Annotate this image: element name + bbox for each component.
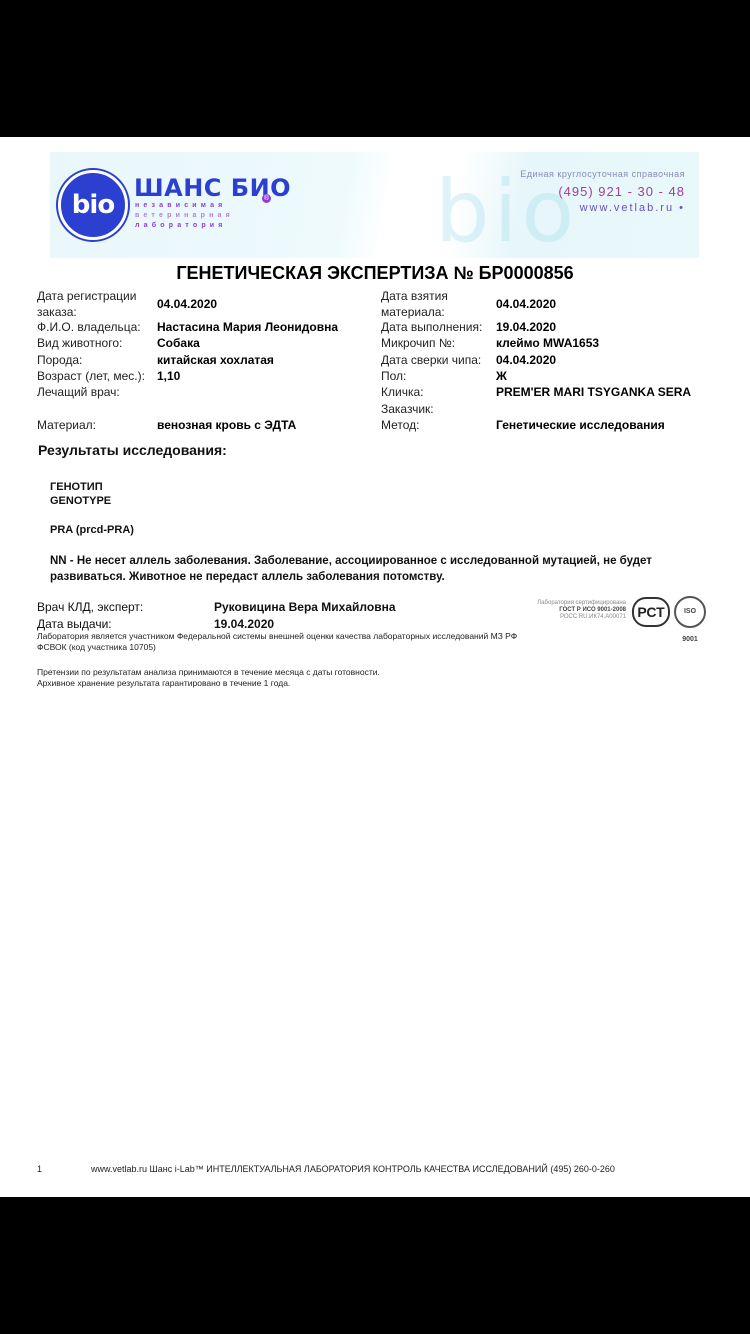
value-completion-date: 19.04.2020 [496,319,556,335]
issue-date-label: Дата выдачи: [37,617,112,631]
fsvok-note-line-2: ФСВОК (код участника 10705) [37,642,156,653]
logo-mark: bio [72,190,114,220]
website-text: www.vetlab.ru [580,202,674,214]
claims-note: Претензии по результатам анализа принима… [37,667,380,678]
certification-text: Лаборатория сертифицирована ГОСТ Р ИСО 9… [508,600,626,621]
expert-name: Руковицина Вера Михайловна [214,600,396,614]
label-vet: Лечащий врач: [37,384,120,400]
bio-logo-icon: bio [58,170,128,240]
value-registration-date: 04.04.2020 [157,296,217,312]
value-material: венозная кровь с ЭДТА [157,417,296,433]
archive-note: Архивное хранение результата гарантирова… [37,678,290,689]
label-breed: Порода: [37,352,82,368]
genotype-ru-label: ГЕНОТИП [50,481,103,493]
tagline-line-1: независимая [135,202,226,209]
value-sample-date: 04.04.2020 [496,296,556,312]
cert-line-1: Лаборатория сертифицирована [508,600,626,607]
label-owner: Ф.И.О. владельца: [37,319,141,335]
results-title: Результаты исследования: [38,442,227,458]
value-owner: Настасина Мария Леонидовна [157,319,338,335]
expert-label: Врач КЛД, эксперт: [37,600,143,614]
label-microchip: Микрочип №: [381,335,455,351]
footer-text: www.vetlab.ru Шанс i-Lab™ ИНТЕЛЛЕКТУАЛЬН… [91,1164,615,1174]
info-left: Дата регистрации заказа: 04.04.2020 Ф.И.… [37,288,367,438]
value-breed: китайская хохлатая [157,352,274,368]
cert-line-3: РОСС RU.ИК74.А00071 [508,614,626,621]
document-page: bio bio ШАНС БИО ® независимая ветеринар… [0,137,750,1197]
label-sex: Пол: [381,368,406,384]
value-microchip: клеймо MWA1653 [496,335,599,351]
rst-certification-icon: РСТ [632,597,670,627]
info-right: Дата взятия материала: 04.04.2020 Дата в… [381,288,721,438]
tagline-line-3: лаборатория [135,222,227,229]
value-name: PREM'ER MARI TSYGANKA SERA [496,384,691,400]
helpline-label: Единая круглосуточная справочная [520,169,685,179]
value-method: Генетические исследования [496,417,665,433]
result-conclusion: NN - Не несет аллель заболевания. Заболе… [50,553,710,585]
label-material: Материал: [37,417,96,433]
iso-certification-icon: ISO 9001 [674,596,706,628]
value-species: Собака [157,335,200,351]
cert-line-2: ГОСТ Р ИСО 9001-2008 [508,607,626,614]
label-name: Кличка: [381,384,423,400]
helpline-phone: (495) 921 - 30 - 48 [558,184,685,199]
label-completion-date: Дата выполнения: [381,319,482,335]
tagline-line-2: ветеринарная [135,212,234,219]
test-name: PRA (prcd-PRA) [50,524,134,536]
value-chip-check-date: 04.04.2020 [496,352,556,368]
label-sample-date: Дата взятия материала: [381,288,471,320]
genotype-en-label: GENOTYPE [50,495,111,507]
value-sex: Ж [496,368,507,384]
value-age: 1,10 [157,368,180,384]
fsvok-note-line-1: Лаборатория является участником Федераль… [37,631,517,642]
header-banner: bio bio ШАНС БИО ® независимая ветеринар… [50,152,699,258]
issue-date-value: 19.04.2020 [214,617,274,631]
label-age: Возраст (лет, мес.): [37,368,145,384]
document-title: ГЕНЕТИЧЕСКАЯ ЭКСПЕРТИЗА № БР0000856 [0,263,750,284]
label-registration-date: Дата регистрации заказа: [37,288,147,320]
label-chip-check-date: Дата сверки чипа: [381,352,481,368]
label-customer: Заказчик: [381,401,434,417]
label-method: Метод: [381,417,420,433]
page-number: 1 [37,1164,42,1174]
website-link[interactable]: www.vetlab.ru • [580,202,685,214]
registered-mark-icon: ® [262,194,271,203]
label-species: Вид животного: [37,335,122,351]
